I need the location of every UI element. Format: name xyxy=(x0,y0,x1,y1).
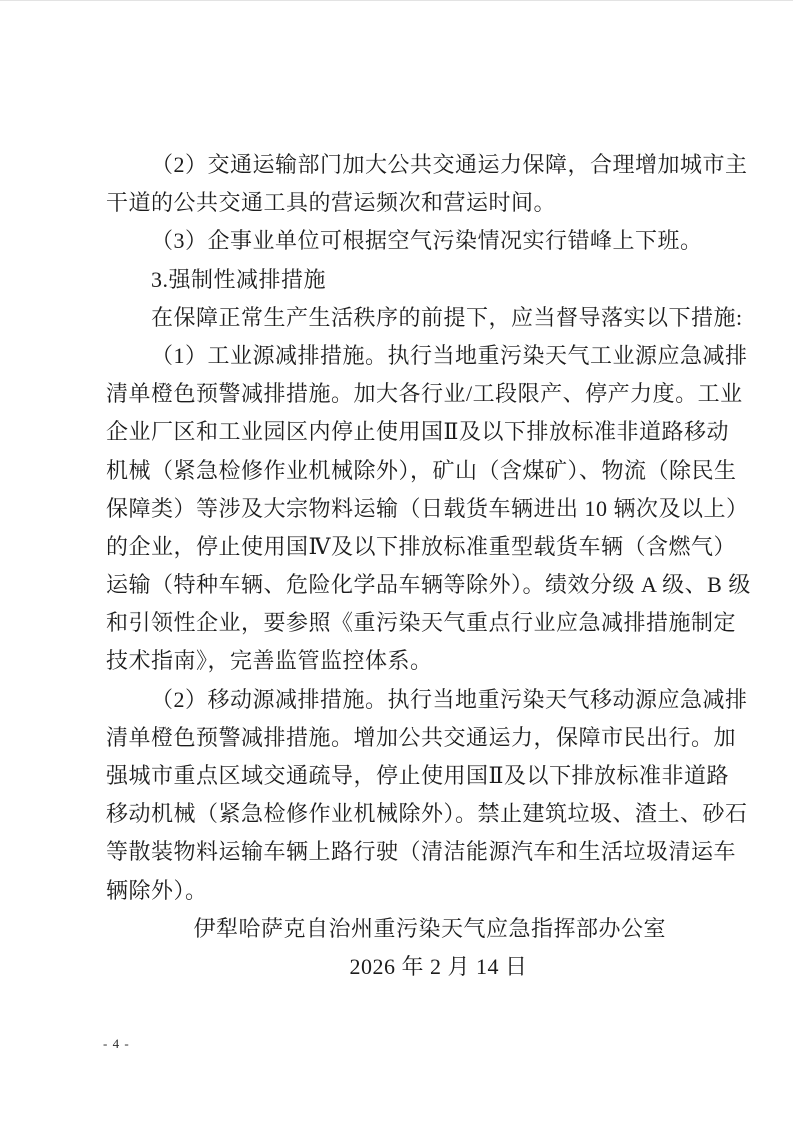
body-text-line: （3）企事业单位可根据空气污染情况实行错峰上下班。 xyxy=(106,222,706,260)
body-text-line: 在保障正常生产生活秩序的前提下，应当督导落实以下措施: xyxy=(106,299,706,337)
body-text-line: 运输（特种车辆、危险化学品车辆等除外）。绩效分级 A 级、B 级 xyxy=(106,566,706,604)
body-text-line: 辆除外）。 xyxy=(106,872,706,910)
body-text-line: 技术指南》，完善监管监控体系。 xyxy=(106,642,706,680)
body-text-line: （1）工业源减排措施。执行当地重污染天气工业源应急减排 xyxy=(106,337,706,375)
document-page: （2）交通运输部门加大公共交通运力保障，合理增加城市主 干道的公共交通工具的营运… xyxy=(0,1,793,1122)
body-text-line: 强城市重点区域交通疏导，停止使用国Ⅱ及以下排放标准非道路 xyxy=(106,757,706,795)
signature-block: 伊犁哈萨克自治州重污染天气应急指挥部办公室 2026 年 2 月 14 日 xyxy=(106,910,706,986)
body-text-line: 移动机械（紧急检修作业机械除外）。禁止建筑垃圾、渣土、砂石 xyxy=(106,795,706,833)
body-text-line: 干道的公共交通工具的营运频次和营运时间。 xyxy=(106,184,706,222)
body-text-line: （2）交通运输部门加大公共交通运力保障，合理增加城市主 xyxy=(106,146,706,184)
body-text-line: 机械（紧急检修作业机械除外），矿山（含煤矿）、物流（除民生 xyxy=(106,452,706,490)
body-text-line: 清单橙色预警减排措施。加大各行业/工段限产、停产力度。工业 xyxy=(106,375,706,413)
page-number: - 4 - xyxy=(103,1036,130,1052)
signature-date: 2026 年 2 月 14 日 xyxy=(211,948,666,986)
body-text-line: 的企业，停止使用国Ⅳ及以下排放标准重型载货车辆（含燃气） xyxy=(106,528,706,566)
body-text-line: 清单橙色预警减排措施。增加公共交通运力，保障市民出行。加 xyxy=(106,719,706,757)
body-text-block: （2）交通运输部门加大公共交通运力保障，合理增加城市主 干道的公共交通工具的营运… xyxy=(106,146,706,910)
body-text-line: （2）移动源减排措施。执行当地重污染天气移动源应急减排 xyxy=(106,681,706,719)
section-heading-line: 3.强制性减排措施 xyxy=(106,261,706,299)
signature-office-name: 伊犁哈萨克自治州重污染天气应急指挥部办公室 xyxy=(106,910,706,948)
body-text-line: 和引领性企业，要参照《重污染天气重点行业应急减排措施制定 xyxy=(106,604,706,642)
body-text-line: 保障类）等涉及大宗物料运输（日载货车辆进出 10 辆次及以上） xyxy=(106,490,706,528)
body-text-line: 等散装物料运输车辆上路行驶（清洁能源汽车和生活垃圾清运车 xyxy=(106,833,706,871)
body-text-line: 企业厂区和工业园区内停止使用国Ⅱ及以下排放标准非道路移动 xyxy=(106,413,706,451)
